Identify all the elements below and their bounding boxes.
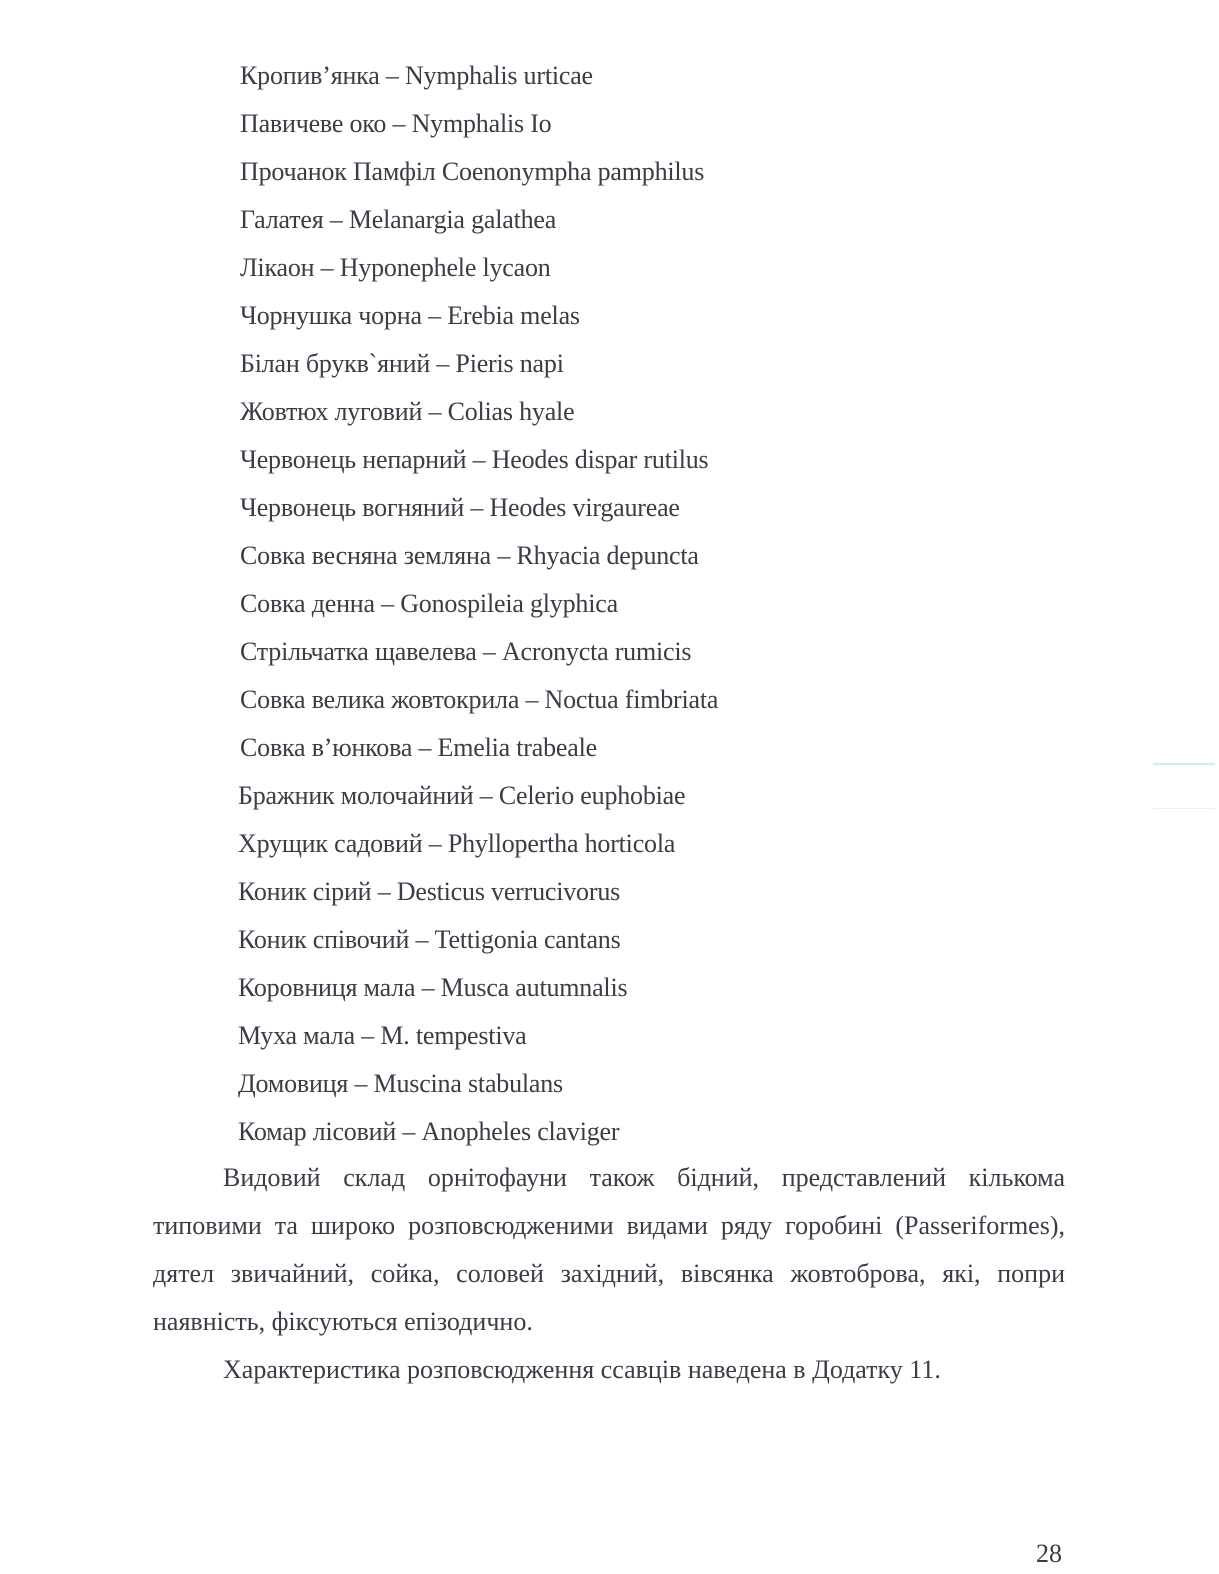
species-list-item: Павичеве око – Nymphalis Io (240, 100, 718, 148)
species-list-item: Коник сірий – Desticus verrucivorus (238, 868, 718, 916)
species-list-item: Совка весняна земляна – Rhyacia depuncta (240, 532, 718, 580)
species-list-item: Бражник молочайний – Celerio euphobiae (238, 772, 718, 820)
species-list-item: Чорнушка чорна – Erebia melas (240, 292, 718, 340)
species-list-item: Муха мала – M. tempestiva (238, 1012, 718, 1060)
species-list-item: Червонець вогняний – Heodes virgaureae (240, 484, 718, 532)
scan-artifact-line (1153, 763, 1215, 765)
species-list-item: Хрущик садовий – Phyllopertha horticola (238, 820, 718, 868)
ornithofauna-paragraph: Видовий склад орнітофауни також бідний, … (153, 1154, 1065, 1346)
species-list-item: Білан брукв`яний – Pieris napi (240, 340, 718, 388)
species-list-item: Жовтюх луговий – Colias hyale (240, 388, 718, 436)
species-list-item: Совка велика жовтокрила – Noctua fimbria… (240, 676, 718, 724)
scan-artifact-line (1153, 808, 1215, 809)
page-number: 28 (1036, 1538, 1062, 1570)
species-list-item: Кропив’янка – Nymphalis urticae (240, 52, 718, 100)
species-list-item: Коник співочий – Tettigonia cantans (238, 916, 718, 964)
document-page: Кропив’янка – Nymphalis urticae Павичеве… (0, 0, 1219, 1574)
species-list-item: Стрільчатка щавелева – Acronycta rumicis (240, 628, 718, 676)
species-list-item: Совка в’юнкова – Emelia trabeale (240, 724, 718, 772)
species-list-item: Домовиця – Muscina stabulans (238, 1060, 718, 1108)
mammals-reference-paragraph: Характеристика розповсюдження ссавців на… (153, 1346, 1065, 1394)
species-list-item: Комар лісовий – Anopheles claviger (238, 1108, 718, 1156)
species-list-item: Червонець непарний – Heodes dispar rutil… (240, 436, 718, 484)
species-list-item: Коровниця мала – Musca autumnalis (238, 964, 718, 1012)
species-list-item: Галатея – Melanargia galathea (240, 196, 718, 244)
species-list-item: Совка денна – Gonospileia glyphica (240, 580, 718, 628)
species-list-item: Лікаон – Hyponephele lycaon (240, 244, 718, 292)
species-list-item: Прочанок Памфіл Coenonympha pamphilus (240, 148, 718, 196)
species-list: Кропив’янка – Nymphalis urticae Павичеве… (240, 52, 718, 1156)
